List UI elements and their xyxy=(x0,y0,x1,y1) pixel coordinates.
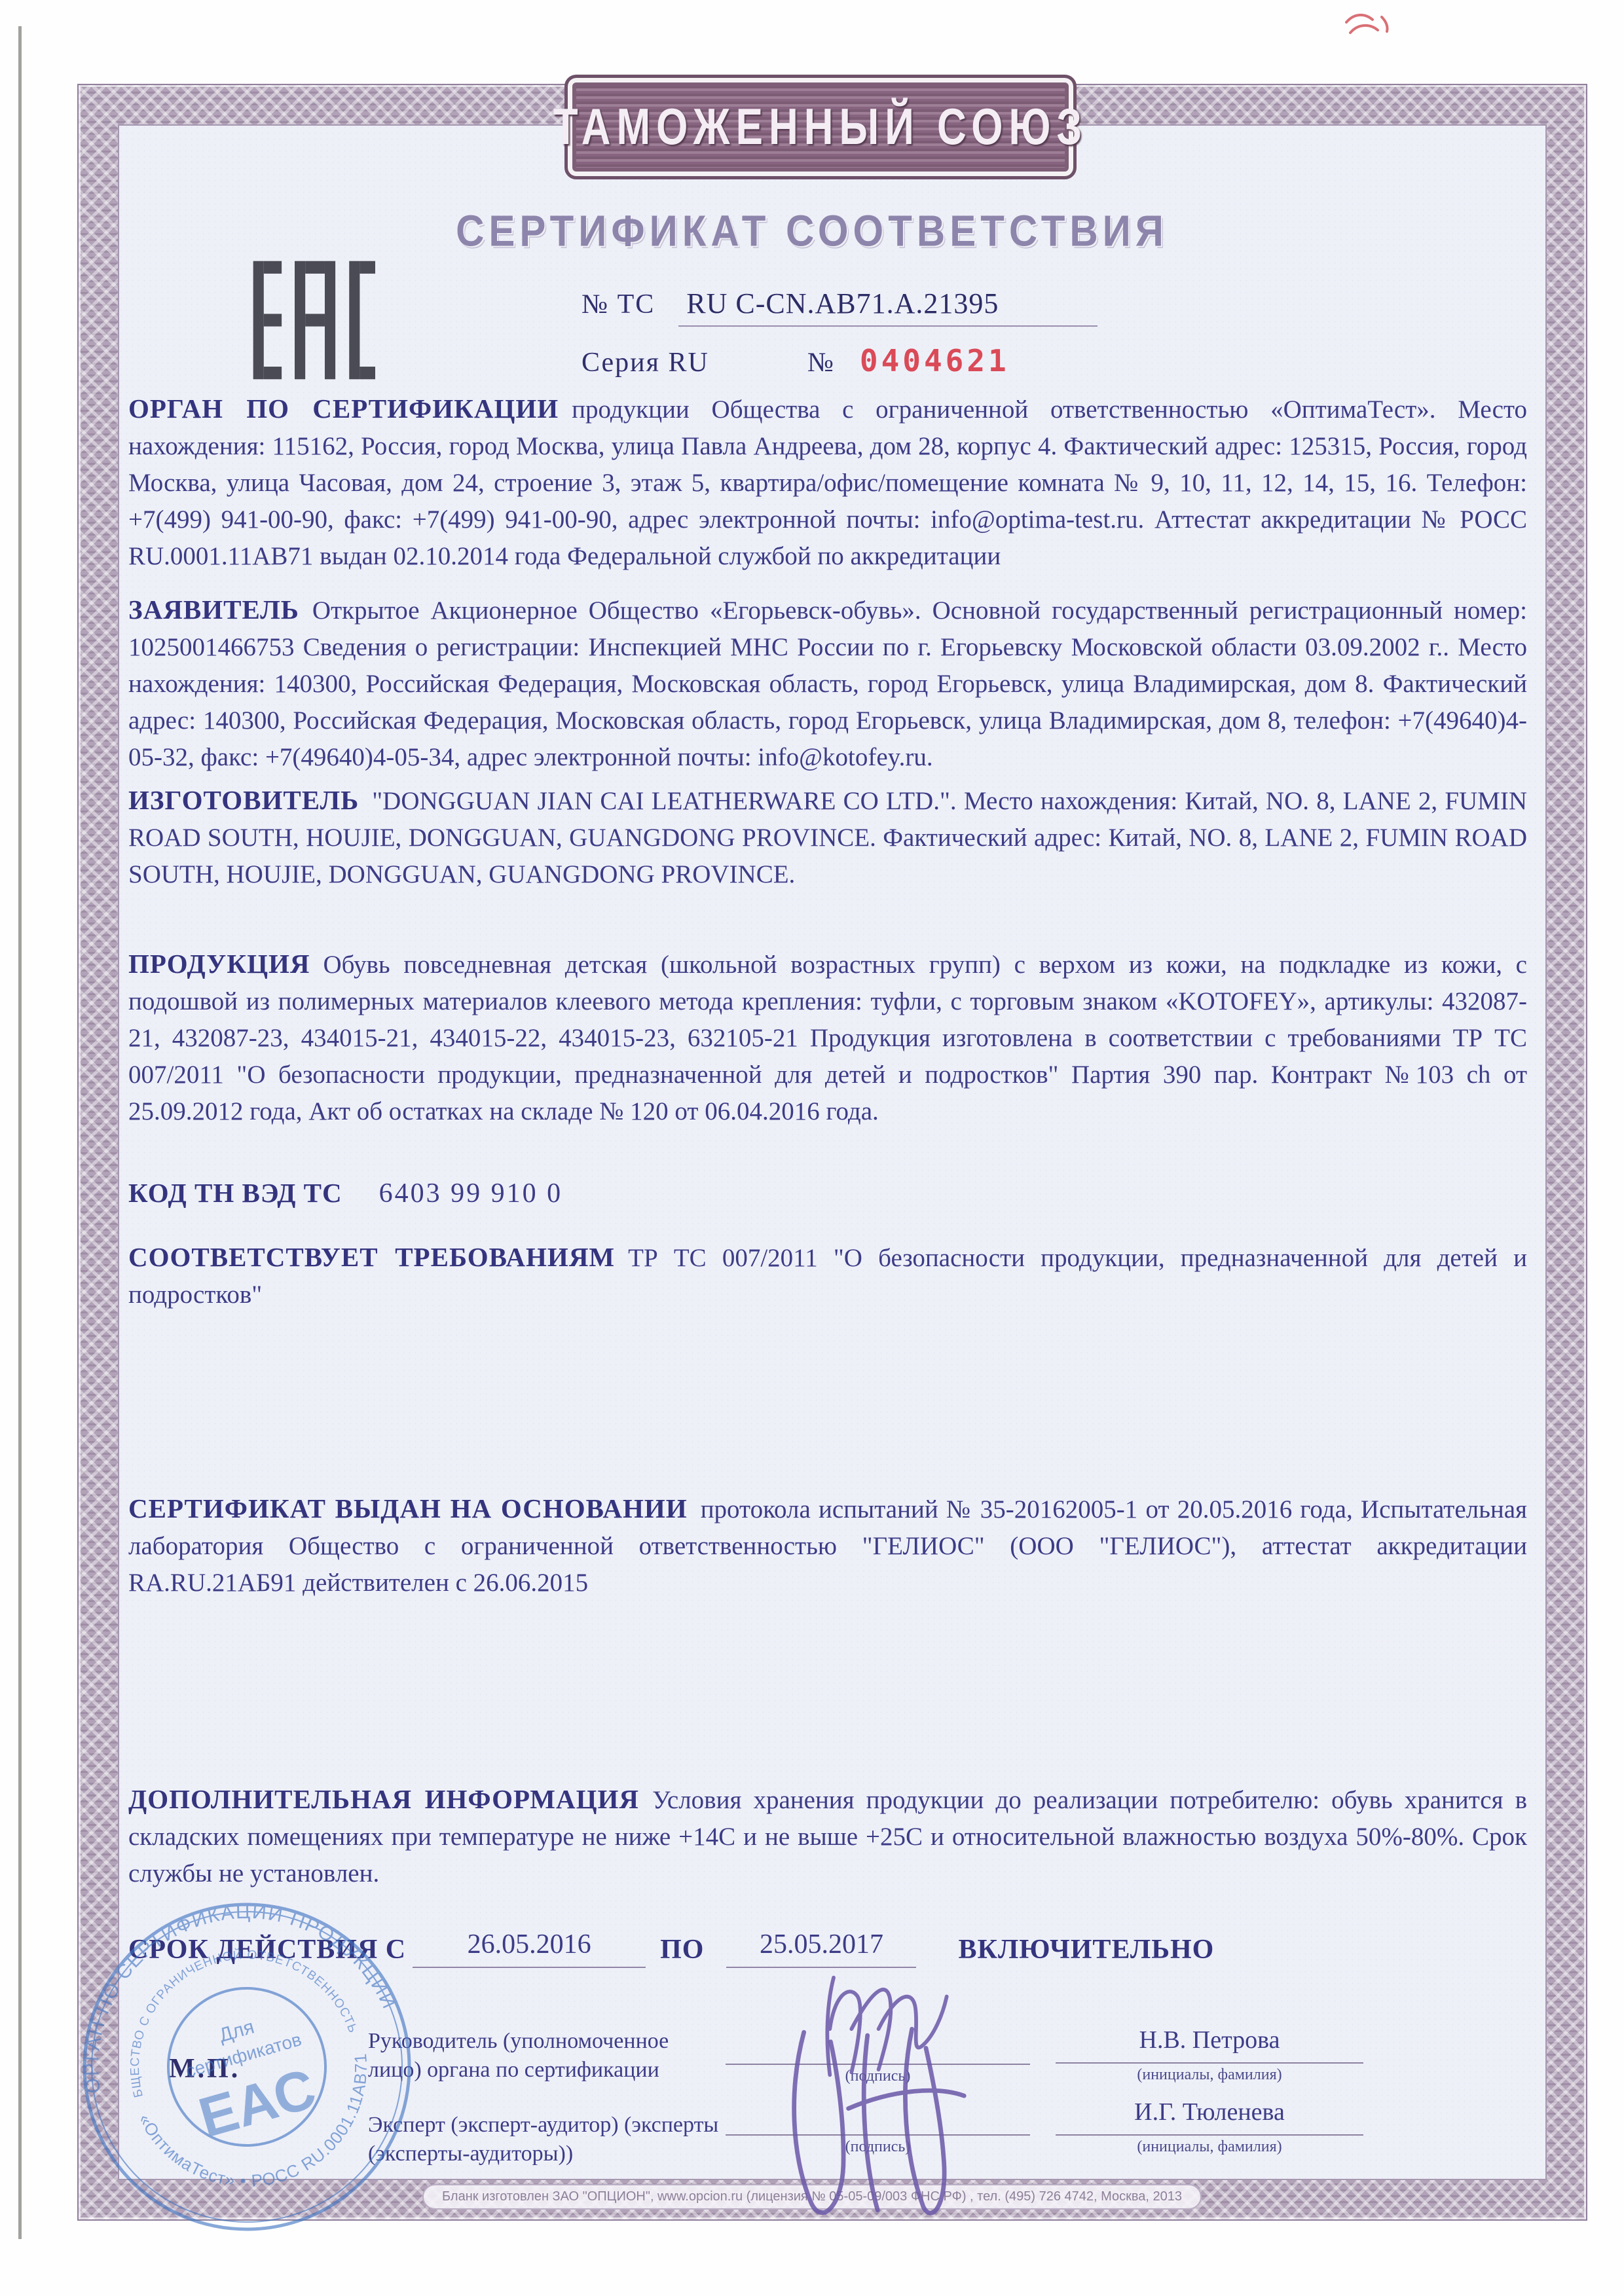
section-label: КОД ТН ВЭД ТС xyxy=(128,1177,342,1209)
validity-to-label: ПО xyxy=(660,1934,704,1968)
name-caption: (инициалы, фамилия) xyxy=(1056,2066,1363,2084)
series-number-sign: № xyxy=(807,347,834,378)
validity-from-date: 26.05.2016 xyxy=(413,1929,646,1968)
certificate-page: ТАМОЖЕННЫЙ СОЮЗ СЕРТИФИКАТ СООТВЕТСТВИЯ xyxy=(0,0,1624,2296)
section-applicant: ЗАЯВИТЕЛЬОткрытое Акционерное Общество «… xyxy=(128,591,1527,776)
head-signer-name: Н.В. Петрова xyxy=(1056,2026,1363,2064)
validity-to-date: 25.05.2017 xyxy=(726,1929,916,1968)
eac-mark-icon xyxy=(241,247,375,393)
section-text: Открытое Акционерное Общество «Егорьевск… xyxy=(128,596,1527,771)
section-label: ИЗГОТОВИТЕЛЬ xyxy=(128,785,359,815)
certificate-number: RU C-CN.АВ71.А.21395 xyxy=(678,287,1098,327)
certificate-number-line: № ТС RU C-CN.АВ71.А.21395 xyxy=(581,287,1098,327)
customs-union-banner: ТАМОЖЕННЫЙ СОЮЗ xyxy=(564,75,1077,179)
banner-title: ТАМОЖЕННЫЙ СОЮЗ xyxy=(553,98,1088,156)
section-label: ПРОДУКЦИЯ xyxy=(128,949,310,979)
stray-red-mark xyxy=(1344,10,1392,42)
section-label: ОРГАН ПО СЕРТИФИКАЦИИ xyxy=(128,393,559,424)
section-label: ЗАЯВИТЕЛЬ xyxy=(128,594,299,625)
section-label: СЕРТИФИКАТ ВЫДАН НА ОСНОВАНИИ xyxy=(128,1493,688,1523)
expert-signer-name: И.Г. Тюленева xyxy=(1056,2098,1363,2136)
section-manufacturer: ИЗГОТОВИТЕЛЬ"DONGGUAN JIAN CAI LEATHERWA… xyxy=(128,782,1527,893)
section-issued-on-basis: СЕРТИФИКАТ ВЫДАН НА ОСНОВАНИИпротокола и… xyxy=(128,1490,1527,1601)
section-tnved-code: КОД ТН ВЭД ТС 6403 99 910 0 xyxy=(128,1177,563,1209)
certification-round-stamp: ОРГАН ПО СЕРТИФИКАЦИИ ПРОДУКЦИИ ОБЩЕСТВО… xyxy=(41,1861,453,2273)
series-line: Серия RU № 0404621 xyxy=(581,343,1010,378)
number-label: № ТС xyxy=(581,289,655,320)
series-value: 0404621 xyxy=(860,343,1010,378)
section-complies-with: СООТВЕТСТВУЕТ ТРЕБОВАНИЯМТР ТС 007/2011 … xyxy=(128,1239,1527,1313)
certificate-content: ТАМОЖЕННЫЙ СОЮЗ СЕРТИФИКАТ СООТВЕТСТВИЯ xyxy=(0,0,1624,2296)
section-label: СООТВЕТСТВУЕТ ТРЕБОВАНИЯМ xyxy=(128,1242,615,1272)
validity-inclusive-label: ВКЛЮЧИТЕЛЬНО xyxy=(958,1934,1214,1968)
section-certification-body: ОРГАН ПО СЕРТИФИКАЦИИпродукции Общества … xyxy=(128,390,1527,575)
tnved-code-value: 6403 99 910 0 xyxy=(379,1178,563,1209)
expert-signature-ink xyxy=(753,2013,969,2229)
section-product: ПРОДУКЦИЯОбувь повседневная детская (шко… xyxy=(128,945,1527,1130)
section-label: ДОПОЛНИТЕЛЬНАЯ ИНФОРМАЦИЯ xyxy=(128,1784,639,1814)
series-label: Серия RU xyxy=(581,347,709,378)
name-caption: (инициалы, фамилия) xyxy=(1056,2138,1363,2156)
section-text: Обувь повседневная детская (школьной воз… xyxy=(128,951,1527,1125)
